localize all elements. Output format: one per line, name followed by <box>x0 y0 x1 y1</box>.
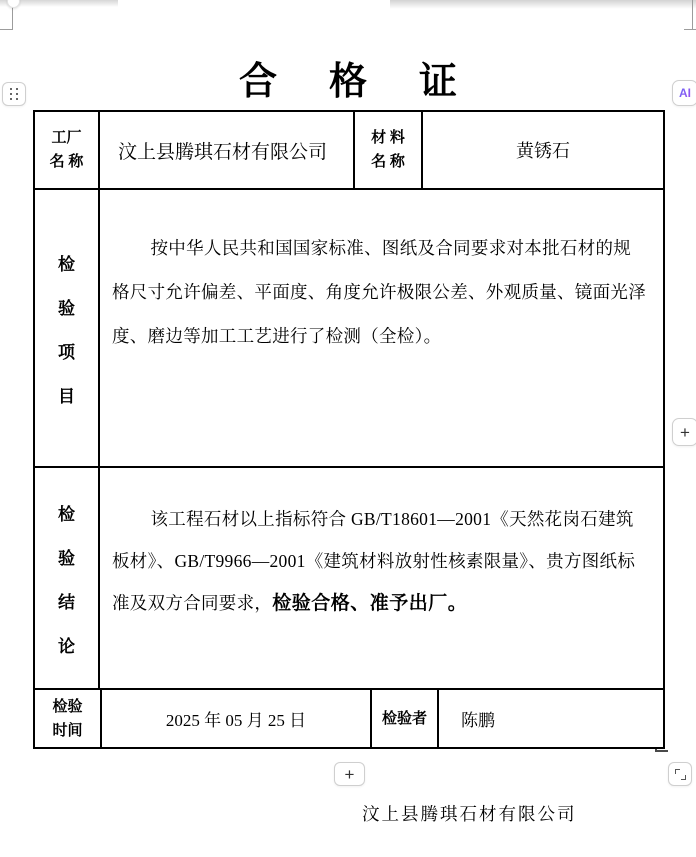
margin-crop-mark <box>692 0 693 29</box>
conclusion-label-char: 论 <box>58 632 75 657</box>
material-name-value: 黄锈石 <box>423 137 663 163</box>
inspection-date-cell[interactable]: 2025 年 05 月 25 日 <box>102 690 372 747</box>
material-label-line: 名 称 <box>371 150 405 174</box>
factory-label-line: 工厂 <box>51 126 81 150</box>
factory-name-cell[interactable]: 汶上县腾琪石材有限公司 <box>100 112 355 188</box>
inspection-items-text: 按中华人民共和国国家标准、图纸及合同要求对本批石材的规格尺寸允许偏差、平面度、角… <box>100 226 663 358</box>
time-label-cell: 检验 时间 <box>35 690 102 747</box>
inspection-date-value: 2025 年 05 月 25 日 <box>166 706 306 731</box>
inspection-items-label-char: 项 <box>58 338 75 363</box>
conclusion-label-cell: 检 验 结 论 <box>35 468 100 688</box>
insert-below-button[interactable]: + <box>334 762 365 786</box>
corner-brackets-icon <box>675 769 686 780</box>
conclusion-text-bold: 检验合格、准予出厂。 <box>272 593 467 614</box>
factory-label-cell: 工厂 名 称 <box>35 112 100 188</box>
plus-icon: + <box>345 766 355 783</box>
page-top-shadow <box>390 0 696 9</box>
title-char: 格 <box>329 50 367 105</box>
inspection-items-label-char: 目 <box>58 382 75 407</box>
material-label-cell: 材 料 名 称 <box>355 112 423 188</box>
table-row-factory-material: 工厂 名 称 汶上县腾琪石材有限公司 材 料 名 称 黄锈石 <box>35 112 663 190</box>
margin-crop-mark <box>0 29 13 30</box>
time-label-line: 时间 <box>52 719 82 743</box>
conclusion-label-char: 验 <box>58 544 75 569</box>
factory-label-line: 名 称 <box>50 150 84 174</box>
conclusion-content-cell[interactable]: 该工程石材以上指标符合 GB/T18601—2001《天然花岗石建筑板材》、GB… <box>100 468 663 688</box>
conclusion-label-char: 检 <box>58 500 75 525</box>
factory-name-value: 汶上县腾琪石材有限公司 <box>100 137 353 164</box>
margin-crop-mark <box>684 29 696 30</box>
time-label-line: 检验 <box>52 695 82 719</box>
inspection-items-label-char: 验 <box>58 294 75 319</box>
table-row-conclusion: 检 验 结 论 该工程石材以上指标符合 GB/T18601—2001《天然花岗石… <box>35 468 663 690</box>
inspection-items-label-cell: 检 验 项 目 <box>35 190 100 466</box>
document-page: AI + 合 格 证 工厂 名 称 汶上县腾琪石材有限公司 材 料 名 称 黄锈… <box>0 0 696 857</box>
plus-icon: + <box>680 424 690 441</box>
table-row-inspection-items: 检 验 项 目 按中华人民共和国国家标准、图纸及合同要求对本批石材的规格尺寸允许… <box>35 190 663 468</box>
conclusion-text: 该工程石材以上指标符合 GB/T18601—2001《天然花岗石建筑板材》、GB… <box>100 498 663 625</box>
footer-company-name: 汶上县腾琪石材有限公司 <box>362 801 577 826</box>
inspection-items-content-cell[interactable]: 按中华人民共和国国家标准、图纸及合同要求对本批石材的规格尺寸允许偏差、平面度、角… <box>100 190 663 466</box>
certificate-table: 工厂 名 称 汶上县腾琪石材有限公司 材 料 名 称 黄锈石 检 验 项 目 <box>33 110 665 749</box>
table-row-date-inspector: 检验 时间 2025 年 05 月 25 日 检验者 陈鹏 <box>35 690 663 747</box>
inspector-label-cell: 检验者 <box>372 690 439 747</box>
page-title: 合 格 证 <box>0 50 696 105</box>
material-label-line: 材 料 <box>371 126 405 150</box>
fullscreen-toggle-button[interactable] <box>668 762 692 786</box>
title-char: 证 <box>419 50 457 105</box>
inspection-items-label-char: 检 <box>58 250 75 275</box>
inspector-name-value: 陈鹏 <box>439 706 663 731</box>
material-name-cell[interactable]: 黄锈石 <box>423 112 663 188</box>
inspector-name-cell[interactable]: 陈鹏 <box>439 690 663 747</box>
inspector-label: 检验者 <box>382 707 427 731</box>
insert-right-button[interactable]: + <box>672 418 696 446</box>
conclusion-label-char: 结 <box>58 588 75 613</box>
title-char: 合 <box>239 50 277 105</box>
margin-crop-mark <box>655 750 668 752</box>
